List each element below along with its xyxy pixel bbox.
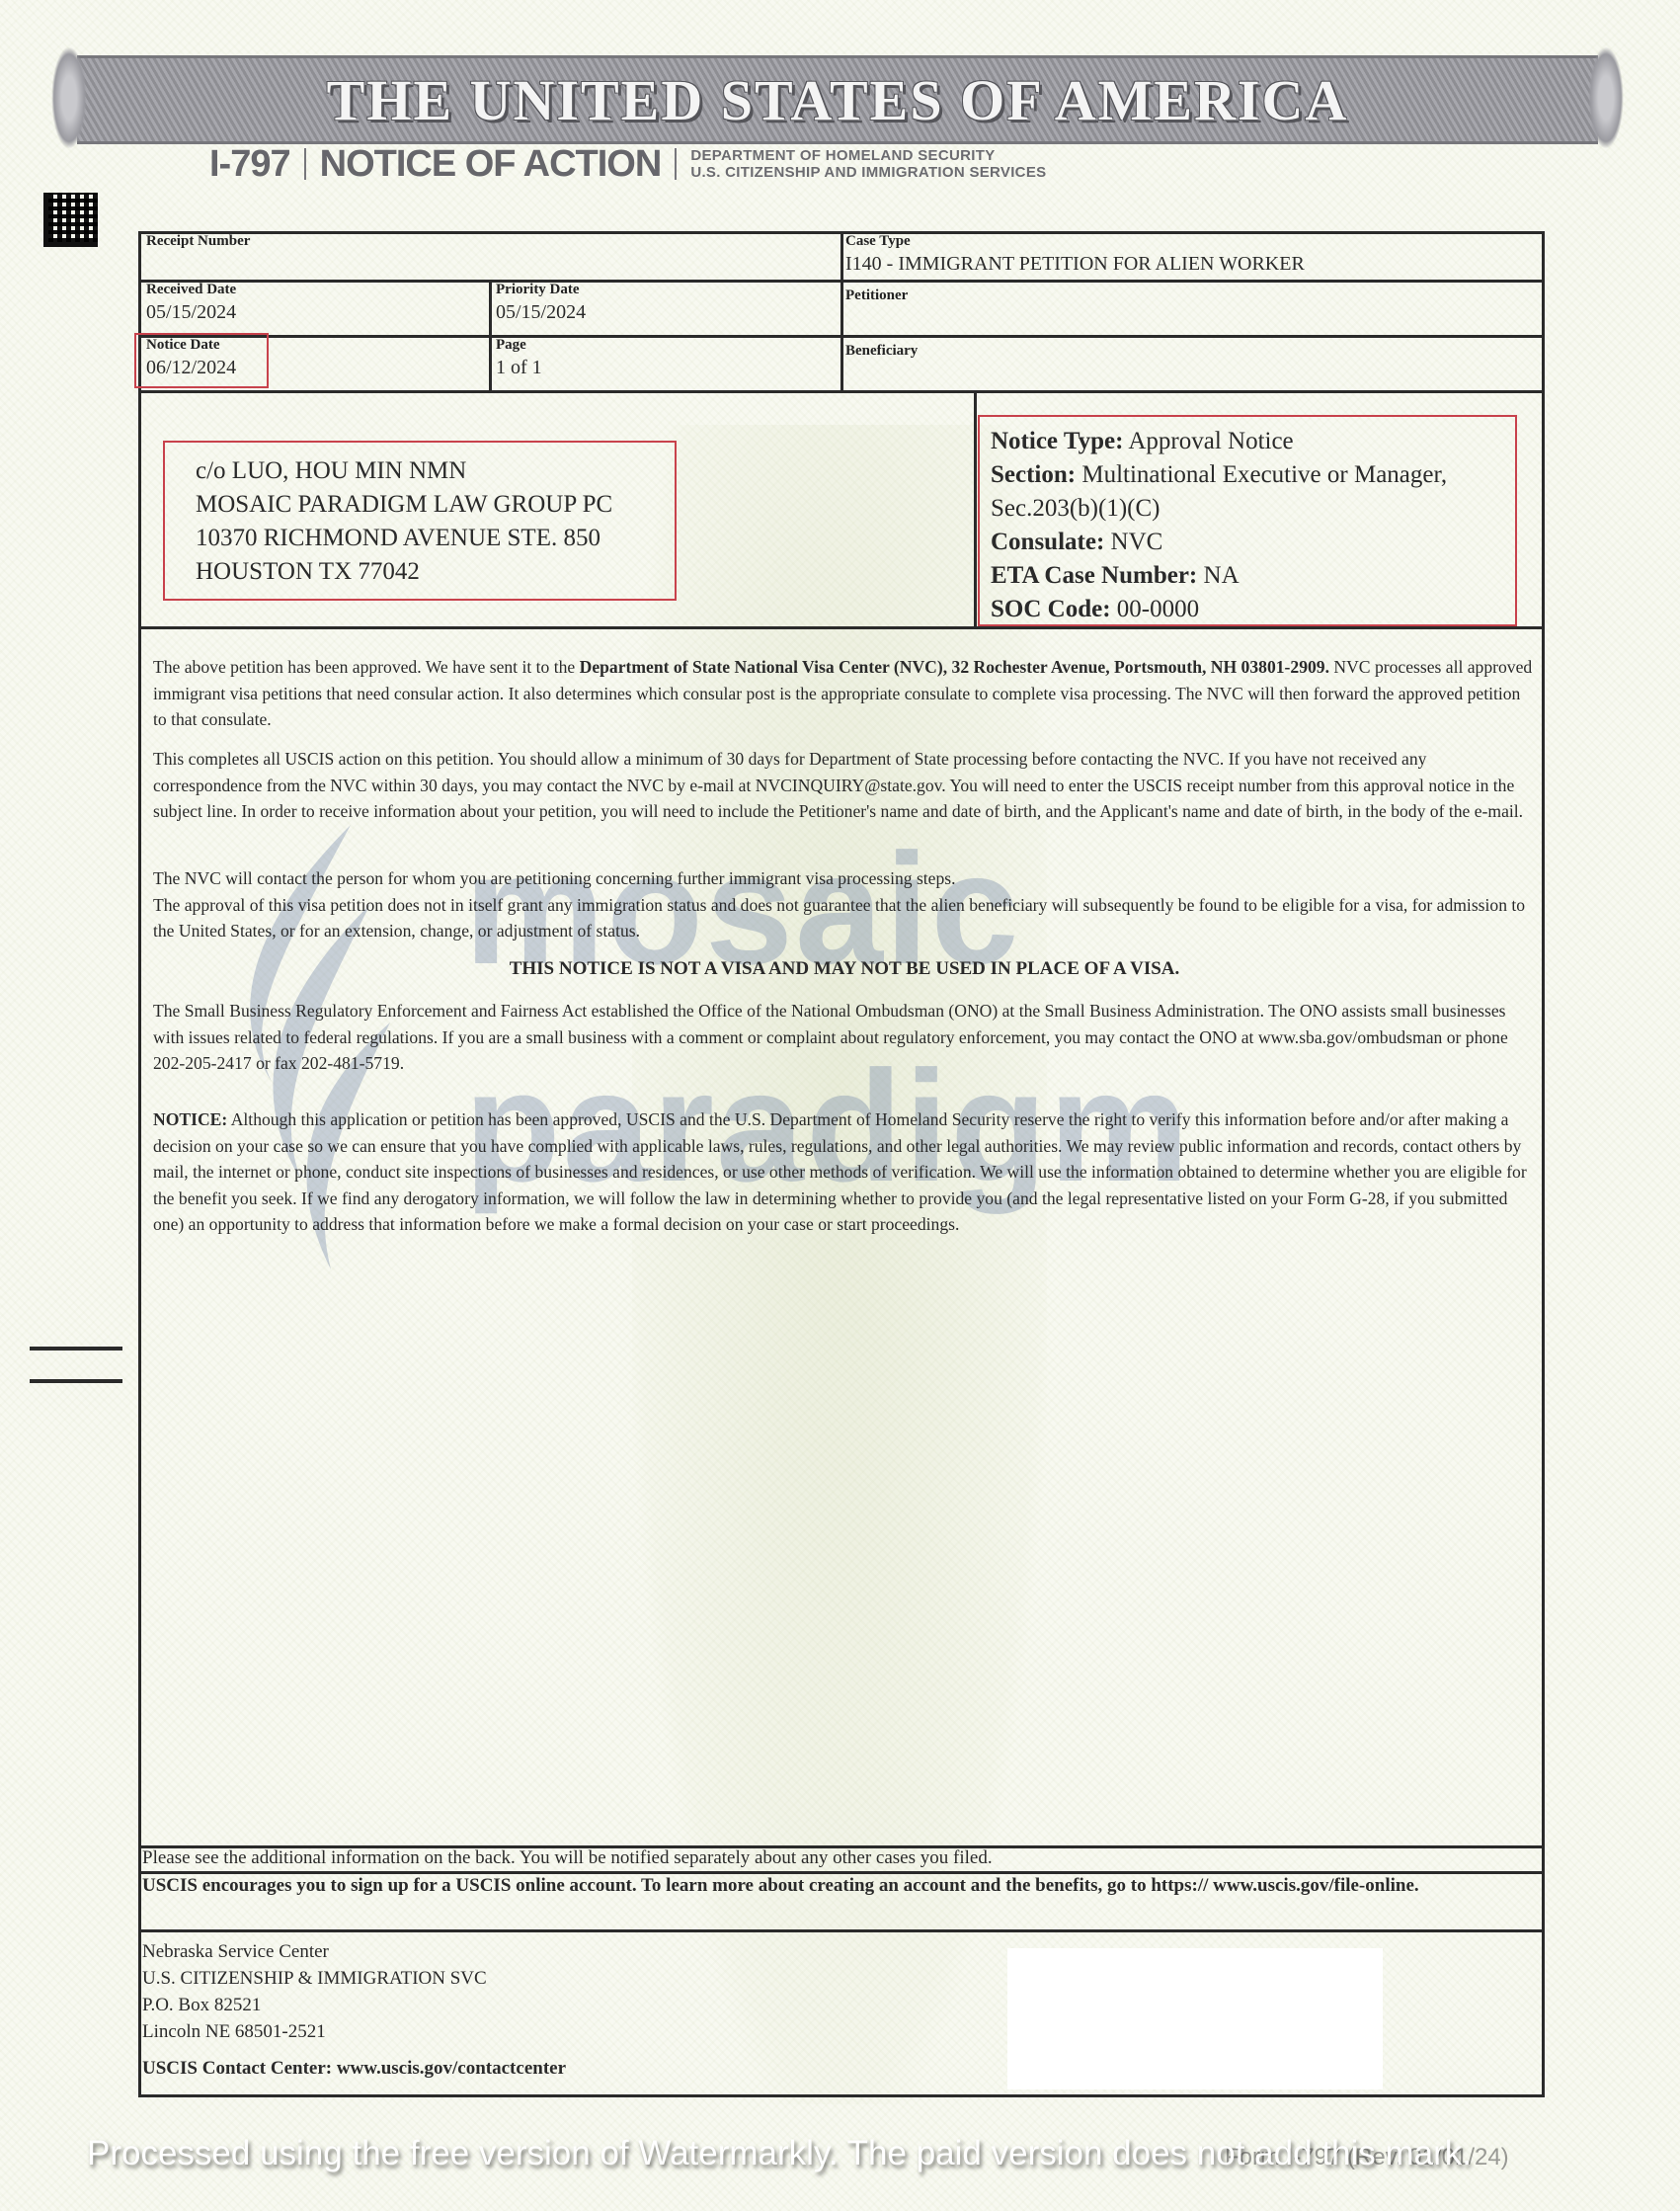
fold-mark (30, 1379, 122, 1383)
banner-title: THE UNITED STATES OF AMERICA (327, 67, 1349, 133)
datamatrix-barcode-icon (43, 193, 98, 247)
receipt-number-label: Receipt Number (146, 233, 250, 250)
beneficiary-label: Beneficiary (845, 343, 918, 360)
notice-date-highlight (134, 333, 269, 388)
service-center-address: Nebraska Service Center U.S. CITIZENSHIP… (142, 1938, 487, 2045)
banner: THE UNITED STATES OF AMERICA (77, 55, 1598, 144)
petitioner-label: Petitioner (845, 287, 908, 304)
section-code: Sec.203(b)(1)(C) (991, 492, 1447, 526)
additional-info-note: Please see the additional information on… (142, 1847, 993, 1869)
page-value: 1 of 1 (496, 357, 542, 379)
notice-info: Notice Type: Approval Notice Section: Mu… (991, 425, 1447, 626)
page-label: Page (496, 337, 526, 354)
address-line: c/o LUO, HOU MIN NMN (196, 454, 612, 488)
department-line1: DEPARTMENT OF HOMELAND SECURITY (690, 147, 995, 164)
address-line: 10370 RICHMOND AVENUE STE. 850 (196, 522, 612, 555)
address-line: MOSAIC PARADIGM LAW GROUP PC (196, 488, 612, 522)
received-date-value: 05/15/2024 (146, 301, 236, 324)
body-paragraph-3: The NVC will contact the person for whom… (153, 865, 1536, 944)
contact-center: USCIS Contact Center: www.uscis.gov/cont… (142, 2058, 566, 2080)
form-number: I-797 (209, 143, 290, 186)
service-center-line: P.O. Box 82521 (142, 1992, 487, 2018)
form-header: I-797 NOTICE OF ACTION DEPARTMENT OF HOM… (209, 142, 1046, 186)
body-paragraph-4: The Small Business Regulatory Enforcemen… (153, 998, 1536, 1077)
fold-mark (30, 1347, 122, 1351)
case-type-value: I140 - IMMIGRANT PETITION FOR ALIEN WORK… (845, 253, 1305, 276)
service-center-line: Lincoln NE 68501-2521 (142, 2018, 487, 2045)
watermarkly-overlay: Processed using the free version of Wate… (87, 2134, 1472, 2173)
section: Section: Multinational Executive or Mana… (991, 458, 1447, 492)
consulate: Consulate: NVC (991, 526, 1447, 559)
received-date-label: Received Date (146, 282, 236, 298)
not-a-visa-warning: THIS NOTICE IS NOT A VISA AND MAY NOT BE… (153, 956, 1536, 983)
divider (675, 148, 677, 180)
divider (840, 231, 843, 392)
address-line: HOUSTON TX 77042 (196, 555, 612, 589)
online-account-note: USCIS encourages you to sign up for a US… (142, 1873, 1525, 1899)
service-center-line: U.S. CITIZENSHIP & IMMIGRATION SVC (142, 1965, 487, 1992)
body-paragraph-2: This completes all USCIS action on this … (153, 746, 1536, 825)
priority-date-label: Priority Date (496, 282, 580, 298)
soc-code: SOC Code: 00-0000 (991, 593, 1447, 626)
priority-date-value: 05/15/2024 (496, 301, 586, 324)
divider (138, 1929, 1545, 1932)
divider (489, 280, 492, 392)
divider (304, 148, 306, 180)
case-type-label: Case Type (845, 233, 911, 250)
divider (974, 390, 977, 627)
body-paragraph-5: NOTICE: Although this application or pet… (153, 1106, 1536, 1238)
divider (138, 626, 1545, 629)
department-line2: U.S. CITIZENSHIP AND IMMIGRATION SERVICE… (690, 164, 1046, 181)
form-name: NOTICE OF ACTION (320, 143, 662, 186)
mailing-address: c/o LUO, HOU MIN NMN MOSAIC PARADIGM LAW… (196, 454, 612, 589)
body-paragraph-1: The above petition has been approved. We… (153, 654, 1536, 733)
eta-case-number: ETA Case Number: NA (991, 559, 1447, 593)
redaction-box (1007, 1948, 1383, 2089)
service-center-line: Nebraska Service Center (142, 1938, 487, 1965)
department: DEPARTMENT OF HOMELAND SECURITY U.S. CIT… (690, 147, 1046, 181)
notice-type: Notice Type: Approval Notice (991, 425, 1447, 458)
